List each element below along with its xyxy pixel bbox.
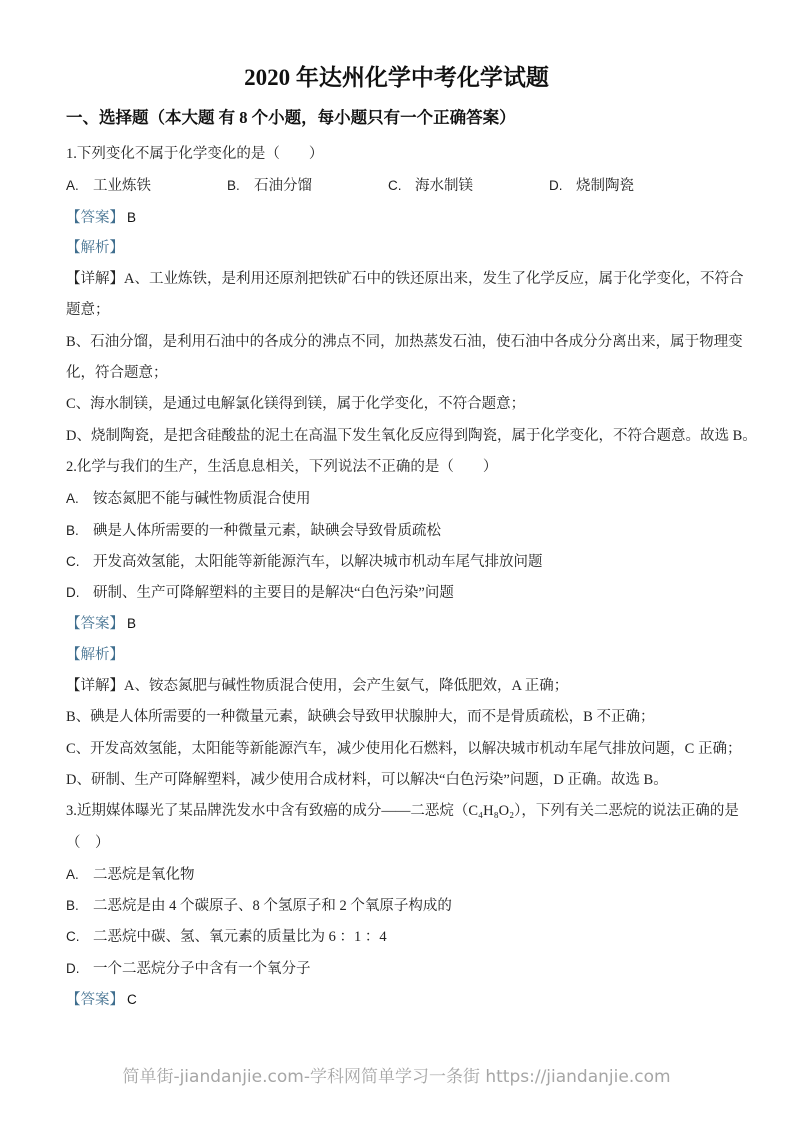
answer-line: 【答案】B xyxy=(66,608,727,639)
detail-line: 【详解】A、铵态氮肥与碱性物质混合使用，会产生氨气，降低肥效，A 正确； xyxy=(66,671,727,702)
analysis-line: 【解析】 xyxy=(66,233,727,264)
answer-label: 【答案】 xyxy=(66,210,124,226)
question-stem-continued: （ ） xyxy=(66,828,727,859)
option-letter: C. xyxy=(66,921,93,952)
option-text: 铵态氮肥不能与碱性物质混合使用 xyxy=(93,491,311,507)
answer-label: 【答案】 xyxy=(66,616,124,632)
options-row: A.工业炼铁B.石油分馏C.海水制镁D.烧制陶瓷 xyxy=(66,170,727,201)
option-a: A.铵态氮肥不能与碱性物质混合使用 xyxy=(66,483,727,514)
analysis-label: 【解析】 xyxy=(66,240,124,256)
option-c: C.二恶烷中碳、氢、氧元素的质量比为 6 ：1 ：4 xyxy=(66,921,727,952)
option-letter: A. xyxy=(66,859,93,890)
option-text: 石油分馏 xyxy=(254,178,312,194)
option-letter: D. xyxy=(66,953,93,984)
detail-line: D、研制、生产可降解塑料，减少使用合成材料，可以解决“白色污染”问题，D 正确。… xyxy=(66,765,727,796)
answer-line: 【答案】C xyxy=(66,984,727,1015)
footer: 简单街-jiandanjie.com-学科网简单学习一条街 https://ji… xyxy=(0,1062,793,1087)
answer-value: C xyxy=(127,992,137,1007)
answer-value: B xyxy=(127,616,136,631)
option-c: C.海水制镁 xyxy=(388,170,549,202)
question-stem: 3.近期媒体曝光了某品牌洗发水中含有致癌的成分——二恶烷（C₄H₈O₂），下列有… xyxy=(66,796,727,827)
option-a: A.工业炼铁 xyxy=(66,170,227,202)
option-text: 二恶烷是氧化物 xyxy=(93,867,195,883)
option-letter: C. xyxy=(388,170,415,201)
detail-line: B、石油分馏，是利用石油中的各成分的沸点不同，加热蒸发石油，使石油中各成分分离出… xyxy=(66,327,727,358)
detail-line: 【详解】A、工业炼铁，是利用还原剂把铁矿石中的铁还原出来，发生了化学反应，属于化… xyxy=(66,264,727,295)
detail-line: D、烧制陶瓷，是把含硅酸盐的泥土在高温下发生氧化反应得到陶瓷，属于化学变化，不符… xyxy=(66,421,727,452)
detail-line: C、开发高效氢能，太阳能等新能源汽车，减少使用化石燃料，以解决城市机动车尾气排放… xyxy=(66,734,727,765)
option-text: 二恶烷是由 4 个碳原子、8 个氢原子和 2 个氧原子构成的 xyxy=(93,898,452,914)
question-stem: 2.化学与我们的生产，生活息息相关，下列说法不正确的是（ ） xyxy=(66,452,727,483)
option-letter: C. xyxy=(66,546,93,577)
option-text: 海水制镁 xyxy=(415,178,473,194)
option-b: B.石油分馏 xyxy=(227,170,388,202)
option-text: 一个二恶烷分子中含有一个氧分子 xyxy=(93,961,311,977)
option-text: 碘是人体所需要的一种微量元素，缺碘会导致骨质疏松 xyxy=(93,523,441,539)
page-title: 2020 年达州化学中考化学试题 xyxy=(66,63,727,93)
option-letter: A. xyxy=(66,483,93,514)
document-content: 2020 年达州化学中考化学试题 一、选择题（本大题 有 8 个小题，每小题只有… xyxy=(66,0,727,1015)
detail-line: 题意； xyxy=(66,295,727,326)
option-letter: D. xyxy=(549,170,576,201)
option-b: B.碘是人体所需要的一种微量元素，缺碘会导致骨质疏松 xyxy=(66,515,727,546)
question-block-3: 3.近期媒体曝光了某品牌洗发水中含有致癌的成分——二恶烷（C₄H₈O₂），下列有… xyxy=(66,796,727,1015)
answer-value: B xyxy=(127,210,136,225)
question-stem: 1.下列变化不属于化学变化的是（ ） xyxy=(66,139,727,170)
analysis-label: 【解析】 xyxy=(66,647,124,663)
option-text: 研制、生产可降解塑料的主要目的是解决“白色污染”问题 xyxy=(93,585,454,601)
option-d: D.一个二恶烷分子中含有一个氧分子 xyxy=(66,953,727,984)
footer-text: 简单街-jiandanjie.com-学科网简单学习一条街 https://ji… xyxy=(122,1067,670,1087)
option-c: C.开发高效氢能，太阳能等新能源汽车，以解决城市机动车尾气排放问题 xyxy=(66,546,727,577)
option-d: D.研制、生产可降解塑料的主要目的是解决“白色污染”问题 xyxy=(66,577,727,608)
option-text: 烧制陶瓷 xyxy=(576,178,634,194)
option-letter: D. xyxy=(66,577,93,608)
answer-label: 【答案】 xyxy=(66,992,124,1008)
option-b: B.二恶烷是由 4 个碳原子、8 个氢原子和 2 个氧原子构成的 xyxy=(66,890,727,921)
document-body: 1.下列变化不属于化学变化的是（ ） A.工业炼铁B.石油分馏C.海水制镁D.烧… xyxy=(66,139,727,1015)
question-block-2: 2.化学与我们的生产，生活息息相关，下列说法不正确的是（ ） A.铵态氮肥不能与… xyxy=(66,452,727,796)
option-letter: B. xyxy=(227,170,254,201)
answer-line: 【答案】B xyxy=(66,202,727,233)
option-a: A.二恶烷是氧化物 xyxy=(66,859,727,890)
option-letter: B. xyxy=(66,515,93,546)
detail-line: B、碘是人体所需要的一种微量元素，缺碘会导致甲状腺肿大，而不是骨质疏松，B 不正… xyxy=(66,702,727,733)
option-letter: A. xyxy=(66,170,93,201)
option-text: 开发高效氢能，太阳能等新能源汽车，以解决城市机动车尾气排放问题 xyxy=(93,554,543,570)
option-text: 二恶烷中碳、氢、氧元素的质量比为 6 ：1 ：4 xyxy=(93,929,387,945)
option-d: D.烧制陶瓷 xyxy=(549,170,634,202)
exam-page: { "page": { "title": "2020 年达州化学中考化学试题",… xyxy=(0,0,793,1122)
option-text: 工业炼铁 xyxy=(93,178,151,194)
analysis-line: 【解析】 xyxy=(66,640,727,671)
option-letter: B. xyxy=(66,890,93,921)
detail-line: C、海水制镁，是通过电解氯化镁得到镁，属于化学变化，不符合题意； xyxy=(66,389,727,420)
detail-line: 化，符合题意； xyxy=(66,358,727,389)
question-block-1: 1.下列变化不属于化学变化的是（ ） A.工业炼铁B.石油分馏C.海水制镁D.烧… xyxy=(66,139,727,452)
section-heading: 一、选择题（本大题 有 8 个小题，每小题只有一个正确答案） xyxy=(66,105,727,131)
